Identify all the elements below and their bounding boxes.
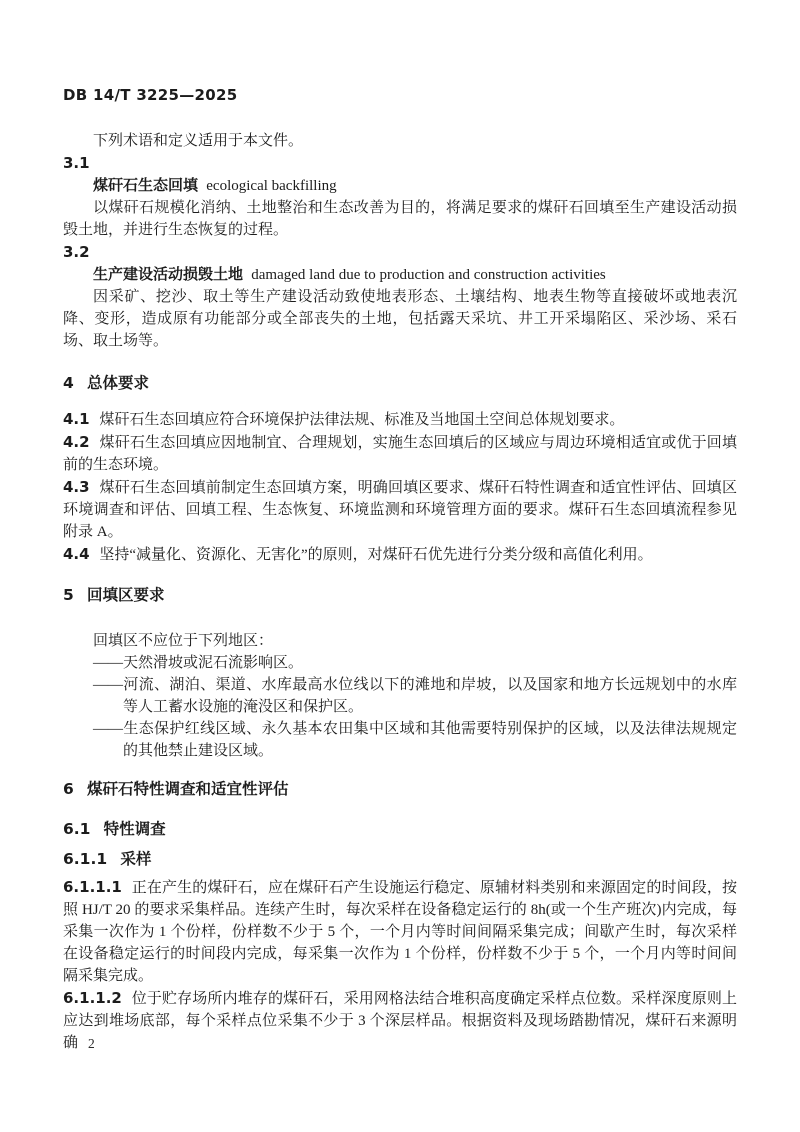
clause-4-4: 4.4坚持“减量化、资源化、无害化”的原则，对煤矸石优先进行分类分级和高值化利用… [63, 543, 737, 566]
excluded-area-item: ——河流、湖泊、渠道、水库最高水位线以下的滩地和岸坡，以及国家和地方长远规划中的… [93, 674, 737, 718]
subsection-title: 特性调查 [104, 820, 166, 838]
clause-text: 煤矸石生态回填应符合环境保护法律法规、标准及当地国土空间总体规划要求。 [99, 412, 624, 428]
section-number: 5 [63, 584, 74, 606]
term-title: 生产建设活动损毁土地damaged land due to production… [63, 263, 737, 286]
excluded-area-item: ——天然滑坡或泥石流影响区。 [93, 652, 737, 674]
terms-intro: 下列术语和定义适用于本文件。 [63, 130, 737, 152]
clause-4-2: 4.2煤矸石生态回填应因地制宜、合理规划，实施生态回填后的区域应与周边环境相适宜… [63, 431, 737, 476]
subsection-number: 6.1.1 [63, 848, 107, 870]
section-6: 6煤矸石特性调查和适宜性评估 6.1特性调查 6.1.1采样 6.1.1.1正在… [63, 778, 737, 1054]
clause-4-3: 4.3煤矸石生态回填前制定生态回填方案，明确回填区要求、煤矸石特性调查和适宜性评… [63, 476, 737, 543]
subsection-6-1-1-heading: 6.1.1采样 [63, 848, 737, 870]
term-title: 煤矸石生态回填ecological backfilling [63, 174, 737, 197]
document-page: DB 14/T 3225—2025 下列术语和定义适用于本文件。 3.1 煤矸石… [0, 0, 800, 1132]
clause-number: 4.2 [63, 433, 90, 451]
clause-number: 4.1 [63, 410, 90, 428]
term-name-en: damaged land due to production and const… [251, 267, 606, 283]
section-5-lead: 回填区不应位于下列地区： [63, 630, 737, 652]
section-5: 5回填区要求 回填区不应位于下列地区： ——天然滑坡或泥石流影响区。 ——河流、… [63, 584, 737, 762]
section-title: 煤矸石特性调查和适宜性评估 [87, 780, 289, 798]
clause-6-1-1-1: 6.1.1.1正在产生的煤矸石，应在煤矸石产生设施运行稳定、原辅材料类别和来源固… [63, 876, 737, 987]
term-definition: 因采矿、挖沙、取土等生产建设活动致使地表形态、土壤结构、地表生物等直接破坏或地表… [63, 286, 737, 352]
section-4: 4总体要求 4.1煤矸石生态回填应符合环境保护法律法规、标准及当地国土空间总体规… [63, 372, 737, 566]
page-number: 2 [88, 1036, 95, 1052]
clause-text: 坚持“减量化、资源化、无害化”的原则，对煤矸石优先进行分类分级和高值化利用。 [99, 547, 652, 563]
subsection-title: 采样 [120, 850, 151, 868]
clause-number: 4.4 [63, 545, 90, 563]
section-5-heading: 5回填区要求 [63, 584, 737, 606]
clause-number: 4.3 [63, 478, 90, 496]
section-number: 6 [63, 778, 74, 800]
section-number: 4 [63, 372, 74, 394]
clause-text: 煤矸石生态回填应因地制宜、合理规划，实施生态回填后的区域应与周边环境相适宜或优于… [63, 435, 737, 473]
clause-text: 正在产生的煤矸石，应在煤矸石产生设施运行稳定、原辅材料类别和来源固定的时间段，按… [63, 880, 737, 984]
term-block-3-1: 3.1 煤矸石生态回填ecological backfilling 以煤矸石规模… [63, 152, 737, 241]
clause-6-1-1-2: 6.1.1.2位于贮存场所内堆存的煤矸石，采用网格法结合堆积高度确定采样点位数。… [63, 987, 737, 1054]
term-number: 3.1 [63, 152, 737, 174]
section-4-heading: 4总体要求 [63, 372, 737, 394]
section-6-heading: 6煤矸石特性调查和适宜性评估 [63, 778, 737, 800]
term-name-zh: 煤矸石生态回填 [93, 176, 198, 194]
clause-4-1: 4.1煤矸石生态回填应符合环境保护法律法规、标准及当地国土空间总体规划要求。 [63, 408, 737, 431]
subsection-6-1-heading: 6.1特性调查 [63, 818, 737, 840]
excluded-area-item: ——生态保护红线区域、永久基本农田集中区域和其他需要特别保护的区域，以及法律法规… [93, 718, 737, 762]
section-title: 回填区要求 [87, 586, 165, 604]
clause-text: 位于贮存场所内堆存的煤矸石，采用网格法结合堆积高度确定采样点位数。采样深度原则上… [63, 991, 737, 1051]
clause-number: 6.1.1.2 [63, 989, 122, 1007]
doc-code-header: DB 14/T 3225—2025 [63, 86, 737, 104]
term-name-en: ecological backfilling [206, 178, 336, 194]
term-number: 3.2 [63, 241, 737, 263]
subsection-number: 6.1 [63, 818, 90, 840]
term-block-3-2: 3.2 生产建设活动损毁土地damaged land due to produc… [63, 241, 737, 352]
term-definition: 以煤矸石规模化消纳、土地整治和生态改善为目的，将满足要求的煤矸石回填至生产建设活… [63, 197, 737, 241]
clause-number: 6.1.1.1 [63, 878, 122, 896]
term-name-zh: 生产建设活动损毁土地 [93, 265, 243, 283]
section-title: 总体要求 [87, 374, 149, 392]
clause-text: 煤矸石生态回填前制定生态回填方案，明确回填区要求、煤矸石特性调查和适宜性评估、回… [63, 480, 737, 540]
